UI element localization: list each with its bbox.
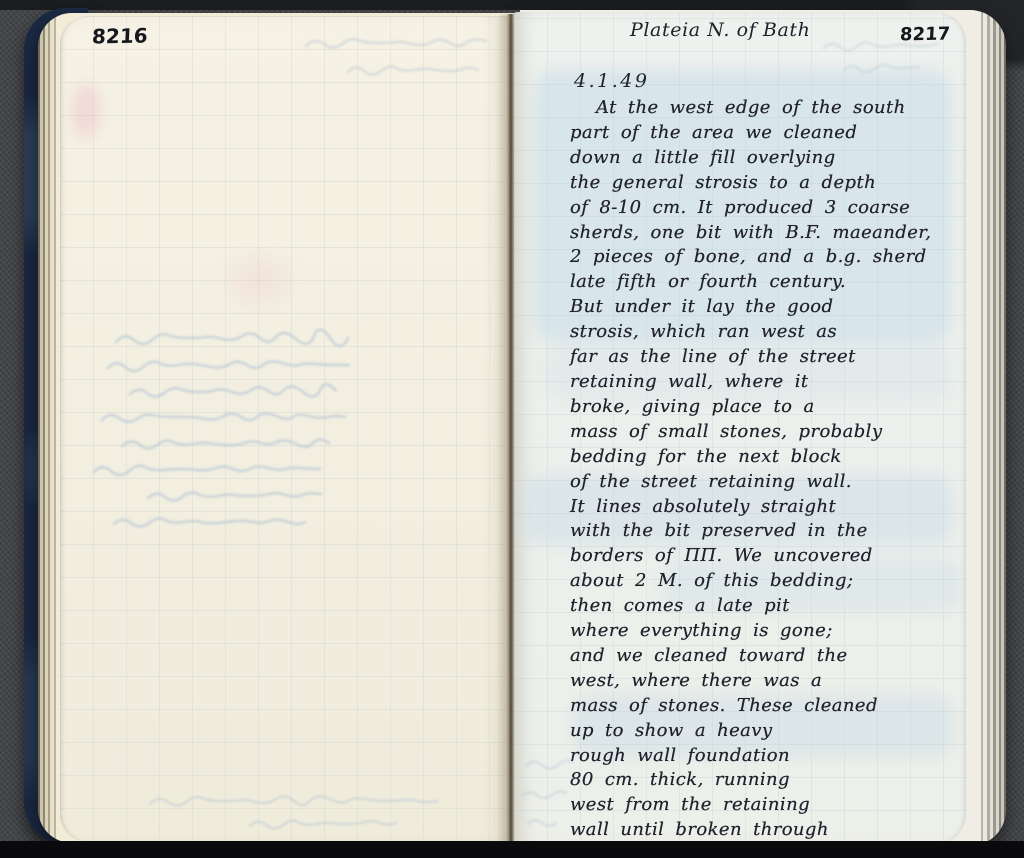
page-header-title: Plateia N. of Bath (630, 19, 810, 41)
entry-date: 4.1.49 (574, 70, 649, 92)
handwritten-line: mass of stones. These cleaned (570, 694, 966, 719)
handwritten-line: retaining wall, where it (570, 370, 966, 395)
handwritten-line: late fifth or fourth century. (570, 270, 966, 295)
bleedthrough-ink (78, 328, 478, 543)
handwritten-line: far as the line of the street (570, 345, 966, 370)
pink-smudge (232, 260, 288, 302)
handwritten-line: At the west edge of the south (570, 96, 966, 121)
handwritten-line: sherds, one bit with B.F. maeander, (570, 221, 966, 246)
handwritten-body: At the west edge of the southpart of the… (570, 96, 966, 843)
handwritten-line: the general strosis to a depth (570, 171, 966, 196)
handwritten-line: and we cleaned toward the (570, 644, 966, 669)
handwritten-line: then comes a late pit (570, 594, 966, 619)
notebook-page-right: Plateia N. of Bath 8217 4.1.49 At the we… (514, 12, 966, 844)
backdrop-shadow-bottom (0, 841, 1024, 858)
page-number-right: 8217 (899, 24, 950, 46)
handwritten-line: borders of ΠΠ. We uncovered (570, 544, 966, 569)
handwritten-line: part of the area we cleaned (570, 121, 966, 146)
page-number-left: 8216 (91, 24, 148, 49)
handwritten-line: up to show a heavy (570, 719, 966, 744)
handwritten-line: down a little fill overlying (570, 146, 966, 171)
bleedthrough-ink (130, 786, 508, 836)
handwritten-line: with the bit preserved in the (570, 519, 966, 544)
handwritten-line: 2 pieces of bone, and a b.g. sherd (570, 245, 966, 270)
handwritten-line: about 2 M. of this bedding; (570, 569, 966, 594)
handwritten-line: strosis, which ran west as (570, 320, 966, 345)
handwritten-line: 80 cm. thick, running (570, 768, 966, 793)
handwritten-line: It lines absolutely straight (570, 495, 966, 520)
pink-smudge (72, 84, 100, 138)
notebook-page-left: 8216 (60, 16, 508, 842)
handwritten-line: mass of small stones, probably (570, 420, 966, 445)
handwritten-line: where everything is gone; (570, 619, 966, 644)
handwritten-line: of 8-10 cm. It produced 3 coarse (570, 196, 966, 221)
handwritten-line: rough wall foundation (570, 744, 966, 769)
handwritten-line: bedding for the next block (570, 445, 966, 470)
handwritten-line: west from the retaining (570, 793, 966, 818)
bleedthrough-ink (288, 30, 508, 90)
handwritten-line: west, where there was a (570, 669, 966, 694)
handwritten-line: wall until broken through (570, 818, 966, 843)
handwritten-line: But under it lay the good (570, 295, 966, 320)
handwritten-line: of the street retaining wall. (570, 470, 966, 495)
scan-backdrop: 8216 (0, 0, 1024, 858)
handwritten-line: broke, giving place to a (570, 395, 966, 420)
backdrop-shadow-top (0, 0, 1024, 10)
